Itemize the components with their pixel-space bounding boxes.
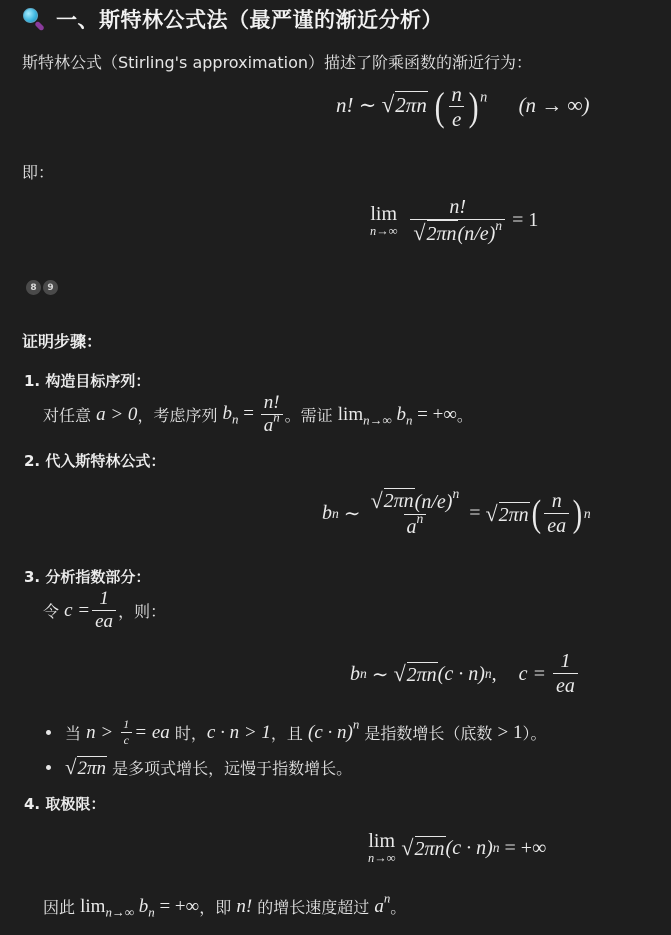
conclusion-text: 因此 limn→∞ bn = +∞ ，即 n! 的增长速度超过 an 。 xyxy=(43,895,406,918)
citation-badge[interactable]: 8 xyxy=(26,280,41,295)
step-4-formula: limn→∞ √2πn(c · n)n = +∞ xyxy=(368,830,546,866)
step-3-text: 令 c = 1ea ，则： xyxy=(43,588,166,634)
section-heading-text: 一、斯特林公式法（最严谨的渐近分析） xyxy=(56,4,443,34)
intro-text: 斯特林公式（Stirling's approximation）描述了阶乘函数的渐… xyxy=(22,50,532,73)
magnifying-glass-icon xyxy=(22,6,48,32)
step-3-label: 3. 分析指数部分： xyxy=(24,566,150,587)
citation-badges: 8 9 xyxy=(26,280,60,295)
that-is-label: 即： xyxy=(22,160,54,183)
step-3-bullet-1: 当 n > 1c = ea 时， c · n > 1 ，且 (c · n)n 是… xyxy=(46,718,547,747)
step-3-formula: bn ∼ √2πn(c · n)n, c = 1ea xyxy=(350,650,580,698)
step-4-label: 4. 取极限： xyxy=(24,793,105,814)
step-2-label: 2. 代入斯特林公式： xyxy=(24,450,165,471)
bullet-dot xyxy=(46,730,51,735)
step-1-label: 1. 构造目标序列： xyxy=(24,370,150,391)
section-heading: 一、斯特林公式法（最严谨的渐近分析） xyxy=(22,4,443,34)
step-3-bullet-2: √2πn 是多项式增长，远慢于指数增长。 xyxy=(46,755,352,780)
step-2-formula: bn ∼ √2πn(n/e)n an = √2πn (nea)n xyxy=(322,488,591,539)
bullet-dot xyxy=(46,765,51,770)
limit-ratio-formula: limn→∞ n! √2πn(n/e)n = 1 xyxy=(370,196,538,246)
citation-badge[interactable]: 9 xyxy=(43,280,58,295)
stirling-formula: n! ∼ √2πn (ne)n (n → ∞) xyxy=(336,82,590,132)
proof-title: 证明步骤： xyxy=(22,329,102,352)
step-1-text: 对任意 a > 0 ，考虑序列 bn = n!an 。需证 limn→∞ bn … xyxy=(43,392,473,438)
